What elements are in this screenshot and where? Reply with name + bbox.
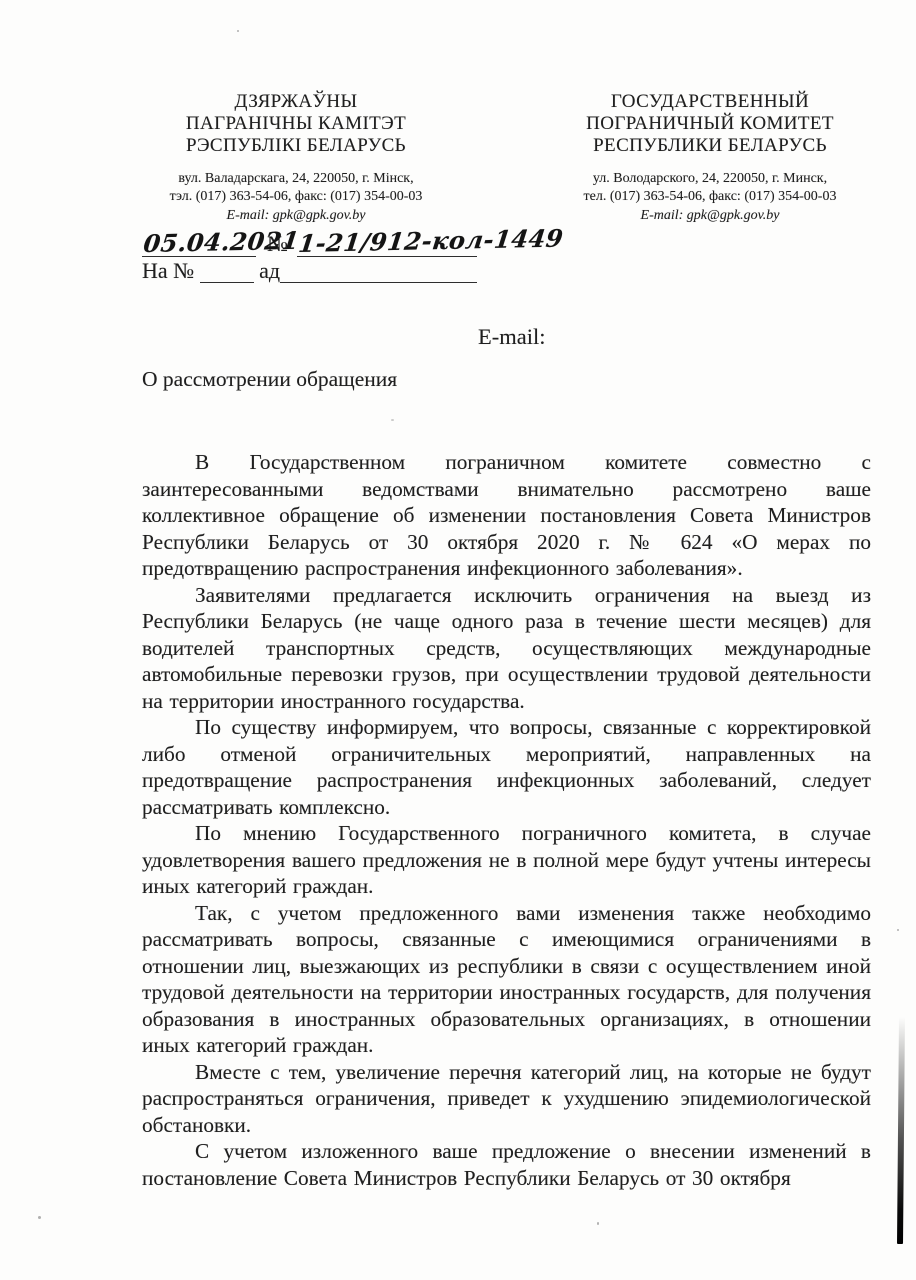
- body-paragraph: Так, с учетом предложенного вами изменен…: [142, 900, 871, 1059]
- body-paragraph: Вместе с тем, увеличение перечня категор…: [142, 1059, 871, 1139]
- org-address-phone: тэл. (017) 363-54-06, факс: (017) 354-00…: [114, 188, 478, 206]
- incoming-reference-row: На № ад: [142, 258, 477, 283]
- letter-body: В Государственном пограничном комитете с…: [142, 449, 871, 1191]
- org-block-belarusian: ДЗЯРЖАЎНЫ ПАГРАНІЧНЫ КАМІТЭТ РЭСПУБЛІКІ …: [114, 91, 478, 225]
- scan-speck: [897, 929, 899, 931]
- reply-date-blank: [280, 258, 477, 283]
- body-paragraph: По существу информируем, что вопросы, св…: [142, 714, 871, 820]
- scan-speck: [391, 419, 394, 421]
- org-block-russian: ГОСУДАРСТВЕННЫЙ ПОГРАНИЧНЫЙ КОМИТЕТ РЕСП…: [528, 91, 892, 225]
- reply-number-blank: [200, 258, 254, 283]
- body-paragraph: Заявителями предлагается исключить огран…: [142, 582, 871, 715]
- org-name-line: ПОГРАНИЧНЫЙ КОМИТЕТ: [528, 113, 892, 135]
- body-paragraph: В Государственном пограничном комитете с…: [142, 449, 871, 582]
- body-paragraph: По мнению Государственного пограничного …: [142, 820, 871, 900]
- org-name-line: ПАГРАНІЧНЫ КАМІТЭТ: [114, 113, 478, 135]
- org-email: E-mail: gpk@gpk.gov.by: [528, 207, 892, 225]
- org-address-street: ул. Володарского, 24, 220050, г. Минск,: [528, 170, 892, 188]
- org-name-line: ДЗЯРЖАЎНЫ: [114, 91, 478, 113]
- org-name-line: РЭСПУБЛІКІ БЕЛАРУСЬ: [114, 135, 478, 157]
- org-name-line: ГОСУДАРСТВЕННЫЙ: [528, 91, 892, 113]
- reply-date-label: ад: [259, 259, 280, 283]
- org-address-street: вул. Валадарскага, 24, 220050, г. Мінск,: [114, 170, 478, 188]
- outgoing-number-handwritten: 1-21/912-кол-1449: [297, 225, 565, 257]
- org-address-phone: тел. (017) 363-54-06, факс: (017) 354-00…: [528, 188, 892, 206]
- org-name-russian: ГОСУДАРСТВЕННЫЙ ПОГРАНИЧНЫЙ КОМИТЕТ РЕСП…: [528, 91, 892, 157]
- outgoing-date-handwritten: 05.04.2021: [142, 228, 301, 257]
- scan-speck: [597, 1222, 599, 1225]
- addressee-email-label: E-mail:: [478, 324, 545, 350]
- body-paragraph: С учетом изложенного ваше предложение о …: [142, 1138, 871, 1191]
- outgoing-reference-row: 05.04.2021 № 1-21/912-кол-1449: [142, 224, 477, 257]
- org-name-belarusian: ДЗЯРЖАЎНЫ ПАГРАНІЧНЫ КАМІТЭТ РЭСПУБЛІКІ …: [114, 91, 478, 157]
- scan-speck: [38, 1216, 41, 1219]
- reference-block: 05.04.2021 № 1-21/912-кол-1449 На № ад: [142, 224, 477, 283]
- scan-artifact-line: [897, 1017, 905, 1244]
- reply-number-label: На №: [142, 259, 194, 283]
- outgoing-number-field: 1-21/912-кол-1449: [297, 223, 477, 257]
- outgoing-date-field: 05.04.2021: [142, 223, 256, 257]
- org-address-russian: ул. Володарского, 24, 220050, г. Минск, …: [528, 170, 892, 225]
- org-address-belarusian: вул. Валадарскага, 24, 220050, г. Мінск,…: [114, 170, 478, 225]
- scan-speck: [237, 30, 239, 32]
- subject-line: О рассмотрении обращения: [142, 367, 397, 392]
- scanned-letter-page: ДЗЯРЖАЎНЫ ПАГРАНІЧНЫ КАМІТЭТ РЭСПУБЛІКІ …: [0, 0, 916, 1280]
- org-name-line: РЕСПУБЛИКИ БЕЛАРУСЬ: [528, 135, 892, 157]
